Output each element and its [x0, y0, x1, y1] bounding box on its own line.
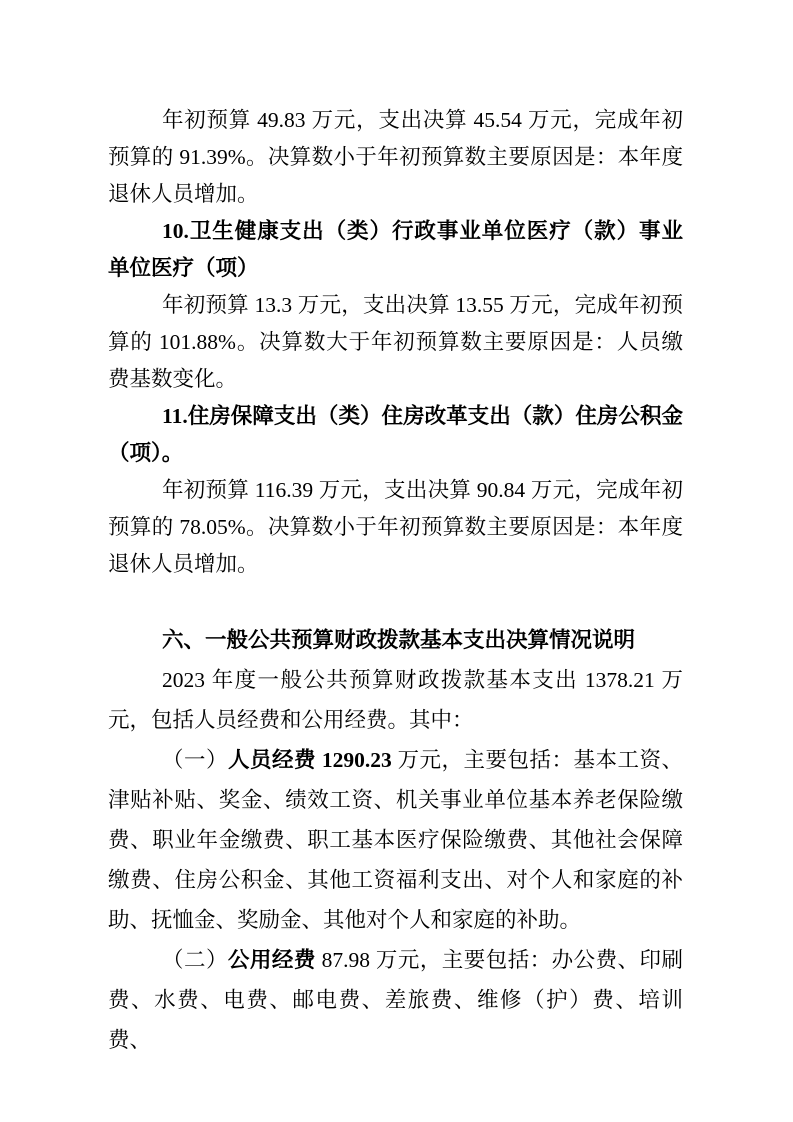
personnel-expense-detail: 万元，主要包括：基本工资、津贴补贴、奖金、绩效工资、机关事业单位基本养老保险缴费… — [108, 748, 683, 932]
public-expense-label-bold: 公用经费 — [228, 948, 316, 972]
paragraph-item10-budget-detail: 年初预算 13.3 万元，支出决算 13.55 万元，完成年初预算的 101.8… — [108, 287, 683, 398]
heading-item11: 11.住房保障支出（类）住房改革支出（款）住房公积金（项）。 — [108, 398, 683, 472]
personnel-expense-prefix: （一） — [162, 748, 228, 772]
public-expense-prefix: （二） — [162, 948, 228, 972]
paragraph-item9-budget-detail: 年初预算 49.83 万元，支出决算 45.54 万元，完成年初预算的 91.3… — [108, 102, 683, 213]
heading-section-six: 六、一般公共预算财政拨款基本支出决算情况说明 — [108, 620, 683, 660]
paragraph-item11-budget-detail: 年初预算 116.39 万元，支出决算 90.84 万元，完成年初预算的 78.… — [108, 472, 683, 583]
section-expenditure-items: 年初预算 49.83 万元，支出决算 45.54 万元，完成年初预算的 91.3… — [108, 102, 683, 583]
heading-item10: 10.卫生健康支出（类）行政事业单位医疗（款）事业单位医疗（项） — [108, 213, 683, 287]
paragraph-public-expense: （二）公用经费 87.98 万元，主要包括：办公费、印刷费、水费、电费、邮电费、… — [108, 940, 683, 1060]
document-page: 年初预算 49.83 万元，支出决算 45.54 万元，完成年初预算的 91.3… — [0, 0, 793, 1122]
personnel-expense-amount-bold: 人员经费 1290.23 — [228, 748, 392, 772]
section-basic-expenditure: 六、一般公共预算财政拨款基本支出决算情况说明 2023 年度一般公共预算财政拨款… — [108, 620, 683, 1060]
paragraph-basic-expenditure-total: 2023 年度一般公共预算财政拨款基本支出 1378.21 万元，包括人员经费和… — [108, 660, 683, 740]
paragraph-personnel-expense: （一）人员经费 1290.23 万元，主要包括：基本工资、津贴补贴、奖金、绩效工… — [108, 740, 683, 940]
